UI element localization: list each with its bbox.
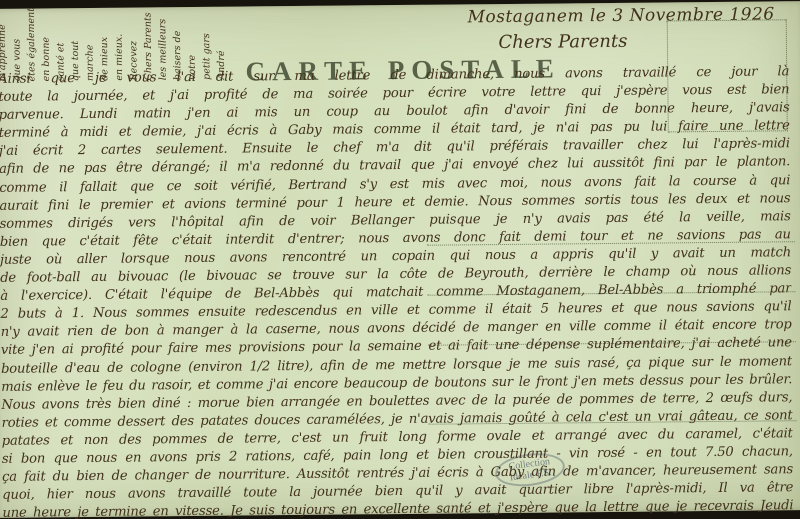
handwritten-body: Ainsi que je vous l'ai dit sur ma lettre… [0,63,793,519]
margin-line: êtes également [25,5,40,81]
margin-line: André [214,4,229,80]
handwritten-margin-message: m'apprenne que vous êtes également en bo… [0,4,230,82]
handwritten-salutation: Chers Parents [453,30,673,53]
margin-line: votre [185,4,200,80]
margin-line: les meilleurs [156,4,171,80]
margin-line: m'apprenne [0,6,11,82]
margin-line: santé et [54,5,69,81]
margin-line: petit gars [200,4,215,80]
handwritten-dateline: Mostaganem le 3 Novembre 1926 [467,4,774,27]
margin-line: de mieux [98,5,113,81]
postcard-card: CARTE POSTALE Collection Idéale P.S. Mos… [0,1,800,518]
margin-line: Recevez [127,4,142,80]
margin-line: en mieux. [112,5,127,81]
margin-line: que tout [69,5,84,81]
margin-line: en bonne [39,5,54,81]
margin-line: marche [83,5,98,81]
margin-line: Chers Parents [141,4,156,80]
margin-line: baisers de [171,4,186,80]
postcard-scan: { "postcard": { "title": "CARTE POSTALE"… [0,0,800,519]
margin-line: que vous [10,6,25,82]
